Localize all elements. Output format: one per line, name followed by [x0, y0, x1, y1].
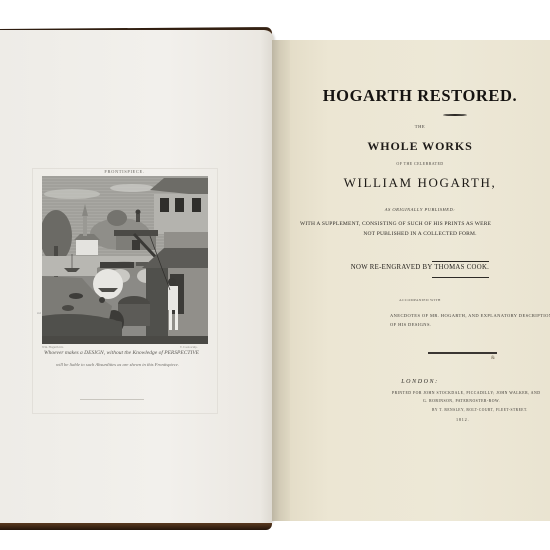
- book-cover-bottom-edge: [0, 523, 272, 530]
- title-artist-name: WILLIAM HOGARTH,: [290, 175, 550, 191]
- title-whole-works: WHOLE WORKS: [290, 139, 550, 154]
- title-supplement-line-1: WITH A SUPPLEMENT, CONSISTING OF SUCH OF…: [300, 221, 550, 227]
- title-supplement-line-2: NOT PUBLISHED IN A COLLECTED FORM.: [290, 231, 550, 237]
- imprint-printer: BY T. BENSLEY, BOLT-COURT, FLEET-STREET.: [432, 408, 542, 412]
- frontispiece-caption-line-2: will be liable to such Absurdities as ar…: [56, 362, 206, 367]
- title-of-the-celebrated: OF THE CELEBRATED: [290, 161, 550, 166]
- frontispiece-caption-line-1: Whoever makes a DESIGN, without the Know…: [44, 350, 210, 356]
- margin-mark: vol: [37, 311, 41, 315]
- title-engraved-by: NOW RE-ENGRAVED BY THOMAS COOK.: [290, 264, 550, 271]
- imprint-year: 1812.: [456, 417, 496, 422]
- imprint-printed-line-2: G. ROBINSON, PATERNOSTER-ROW.: [423, 399, 533, 403]
- title-accompanied-with: ACCOMPANIED WITH: [290, 298, 550, 302]
- frontispiece-engraving: [42, 176, 208, 344]
- right-page-title-page: [290, 40, 550, 521]
- frontispiece-plate-title: FRONTISPIECE.: [42, 169, 207, 174]
- title-anecdotes-line-2: OF HIS DESIGNS.: [390, 322, 470, 327]
- imprint-london: LONDON:: [290, 379, 550, 385]
- title-as-originally-published: AS ORIGINALLY PUBLISHED:: [290, 207, 550, 212]
- engraver-credit-right: T. Cook sculp.: [180, 345, 197, 349]
- title-rule-imprint: [428, 352, 497, 354]
- title-heading: HOGARTH RESTORED.: [290, 86, 550, 106]
- title-rule-below-engraver: [432, 277, 489, 278]
- title-the: THE: [290, 124, 550, 129]
- imprint-printed-line-1: PRINTED FOR JOHN STOCKDALE, PICCADILLY; …: [392, 391, 550, 395]
- title-ornament-mark: &: [491, 356, 495, 361]
- engraver-credit-left: Wm. Hogarth inv.: [42, 345, 64, 349]
- title-rule-ornament: [443, 114, 467, 116]
- book-gutter: [272, 40, 292, 521]
- title-rule-above-engraver: [432, 261, 489, 262]
- title-anecdotes-line-1: ANECDOTES OF MR. HOGARTH, AND EXPLANATOR…: [390, 313, 550, 318]
- publication-line: [80, 399, 144, 400]
